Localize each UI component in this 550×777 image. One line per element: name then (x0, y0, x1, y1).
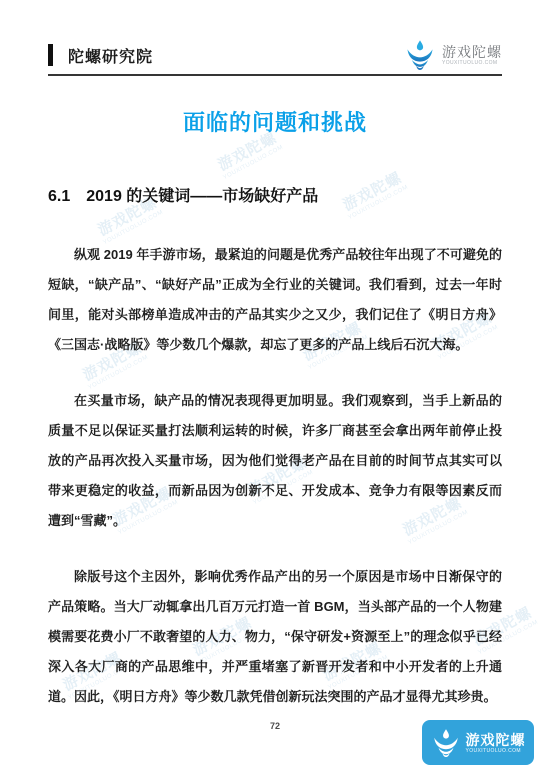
section-number: 6.1 (48, 188, 70, 205)
logo-text: 游戏陀螺 YOUXITUOLUO.COM (442, 45, 502, 66)
badge-domain: YOUXITUOLUO.COM (466, 748, 526, 754)
footer-brand-badge: 游戏陀螺 YOUXITUOLUO.COM (422, 720, 534, 765)
body-text: 纵观 2019 年手游市场，最紧迫的问题是优秀产品较往年出现了不可避免的短缺，“… (48, 240, 502, 712)
page-header: 陀螺研究院 游戏陀螺 YOUXITUOLUO.COM (48, 38, 502, 72)
badge-text: 游戏陀螺 YOUXITUOLUO.COM (466, 732, 526, 754)
company-logo: 游戏陀螺 YOUXITUOLUO.COM (404, 39, 502, 71)
section-heading: 6.12019 的关键词——市场缺好产品 (48, 183, 502, 206)
header-divider (48, 74, 502, 76)
paragraph-3: 除版号这个主因外，影响优秀作品产出的另一个原因是市场中日渐保守的产品策略。当大厂… (48, 562, 502, 712)
dolphin-badge-icon (431, 728, 461, 758)
paragraph-1: 纵观 2019 年手游市场，最紧迫的问题是优秀产品较往年出现了不可避免的短缺，“… (48, 240, 502, 360)
page-title: 面临的问题和挑战 (48, 106, 502, 137)
logo-domain: YOUXITUOLUO.COM (442, 60, 502, 66)
dolphin-logo-icon (404, 39, 436, 71)
logo-name: 游戏陀螺 (442, 45, 502, 60)
badge-name: 游戏陀螺 (466, 732, 526, 748)
document-body: 面临的问题和挑战 6.12019 的关键词——市场缺好产品 纵观 2019 年手… (0, 106, 550, 712)
brand-name: 陀螺研究院 (68, 44, 153, 67)
brand: 陀螺研究院 (48, 44, 153, 67)
paragraph-2: 在买量市场，缺产品的情况表现得更加明显。我们观察到，当手上新品的质量不足以保证买… (48, 386, 502, 536)
section-title: 2019 的关键词——市场缺好产品 (86, 188, 318, 205)
brand-bar (48, 44, 53, 66)
